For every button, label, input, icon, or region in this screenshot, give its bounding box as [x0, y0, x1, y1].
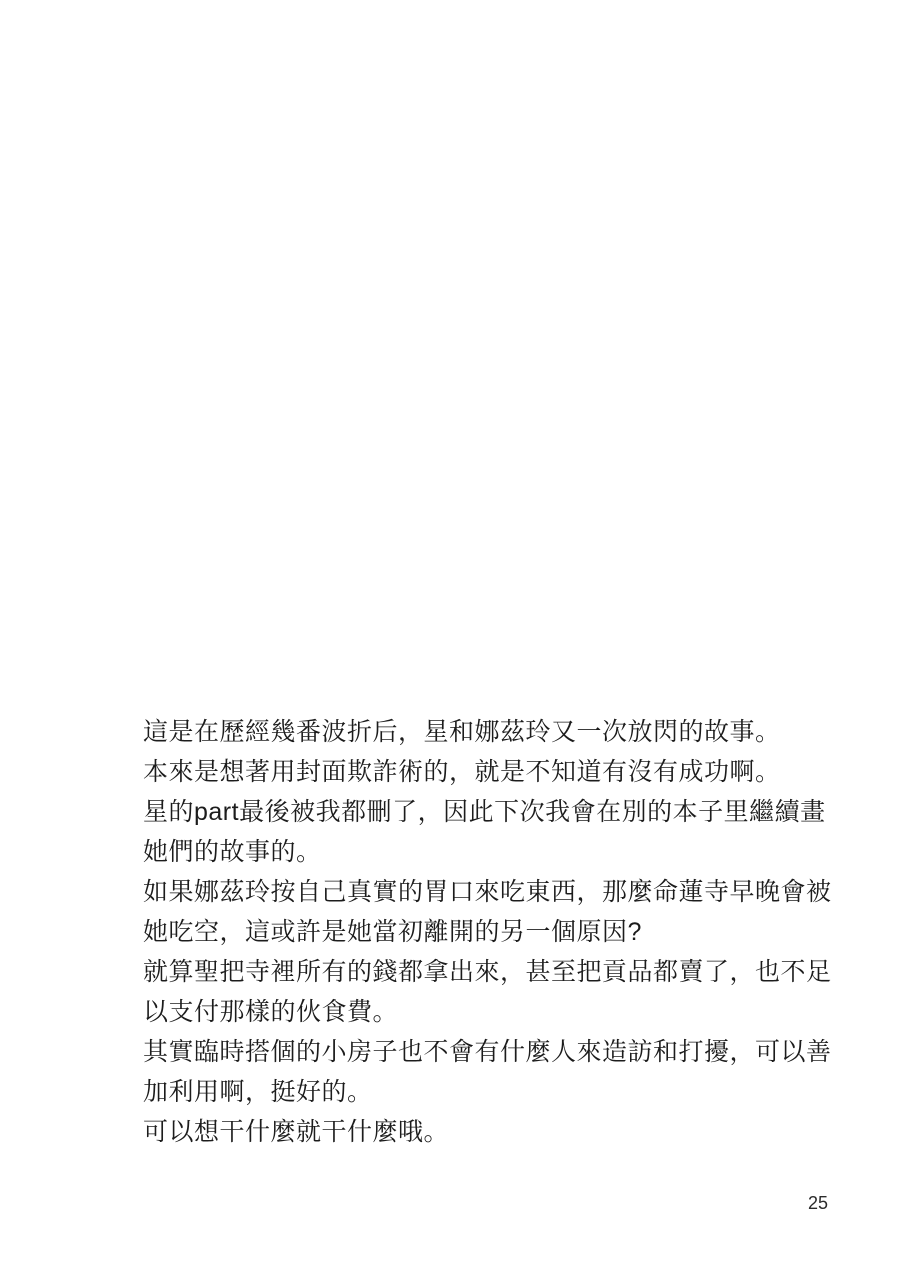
afterword-line: 加利用啊，挺好的。 — [143, 1072, 793, 1112]
afterword-line: 本來是想著用封面欺詐術的，就是不知道有沒有成功啊。 — [143, 752, 793, 792]
afterword-line: 如果娜茲玲按自己真實的胃口來吃東西，那麼命蓮寺早晚會被 — [143, 872, 793, 912]
document-page: 這是在歷經幾番波折后，星和娜茲玲又一次放閃的故事。 本來是想著用封面欺詐術的，就… — [0, 0, 900, 1287]
afterword-line: 就算聖把寺裡所有的錢都拿出來，甚至把貢品都賣了，也不足 — [143, 952, 793, 992]
afterword-line: 星的part最後被我都刪了，因此下次我會在別的本子里繼續畫 — [143, 792, 793, 832]
afterword-line: 她們的故事的。 — [143, 832, 793, 872]
afterword-line: 其實臨時搭個的小房子也不會有什麼人來造訪和打擾，可以善 — [143, 1032, 793, 1072]
afterword-text-block: 這是在歷經幾番波折后，星和娜茲玲又一次放閃的故事。 本來是想著用封面欺詐術的，就… — [143, 712, 793, 1152]
afterword-line: 她吃空，這或許是她當初離開的另一個原因? — [143, 912, 793, 952]
afterword-line: 這是在歷經幾番波折后，星和娜茲玲又一次放閃的故事。 — [143, 712, 793, 752]
page-number: 25 — [808, 1193, 828, 1213]
afterword-line: 以支付那樣的伙食費。 — [143, 992, 793, 1032]
afterword-line: 可以想干什麼就干什麼哦。 — [143, 1112, 793, 1152]
